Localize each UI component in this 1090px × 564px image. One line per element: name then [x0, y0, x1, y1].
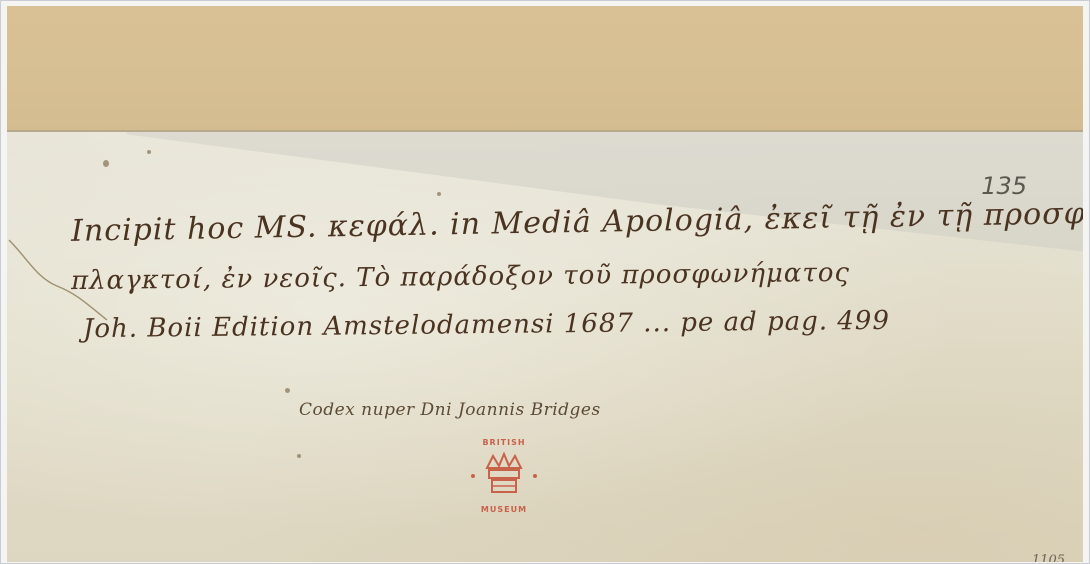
foxing-spot — [147, 150, 151, 154]
mount-paper — [7, 6, 1083, 136]
folio-number: 135 — [981, 172, 1027, 200]
stamp-top-text: BRITISH — [465, 438, 543, 447]
stamp-bottom-text: MUSEUM — [465, 505, 543, 514]
foxing-spot — [297, 454, 301, 458]
foxing-spot — [285, 388, 290, 393]
inscription-line-2: πλαγκτοί, ἐν νεοῖς. Τὸ παράδοξον τοῦ προ… — [71, 258, 850, 296]
inscription-line-1-text: Incipit hoc MS. κεφάλ. in Mediâ Apologiâ… — [71, 194, 1083, 249]
crown-icon — [483, 450, 525, 498]
ownership-note: Codex nuper Dni Joannis Bridges — [299, 400, 601, 420]
british-museum-stamp: BRITISH MUSEUM — [465, 436, 543, 516]
inscription-line-1: Incipit hoc MS. κεφάλ. in Mediâ Apologiâ… — [71, 194, 1083, 249]
stamp-dot — [533, 474, 537, 478]
foxing-spot — [437, 192, 441, 196]
manuscript-photo: 135 Incipit hoc MS. κεφάλ. in Mediâ Apol… — [7, 6, 1083, 562]
foxing-spot — [103, 160, 109, 167]
image-frame: 135 Incipit hoc MS. κεφάλ. in Mediâ Apol… — [0, 0, 1090, 564]
corner-mark: 1105 — [1032, 553, 1065, 562]
manuscript-folio: 135 Incipit hoc MS. κεφάλ. in Mediâ Apol… — [7, 130, 1083, 562]
inscription-line-3: Joh. Boii Edition Amstelodamensi 1687 ..… — [83, 306, 890, 344]
stamp-dot — [471, 474, 475, 478]
